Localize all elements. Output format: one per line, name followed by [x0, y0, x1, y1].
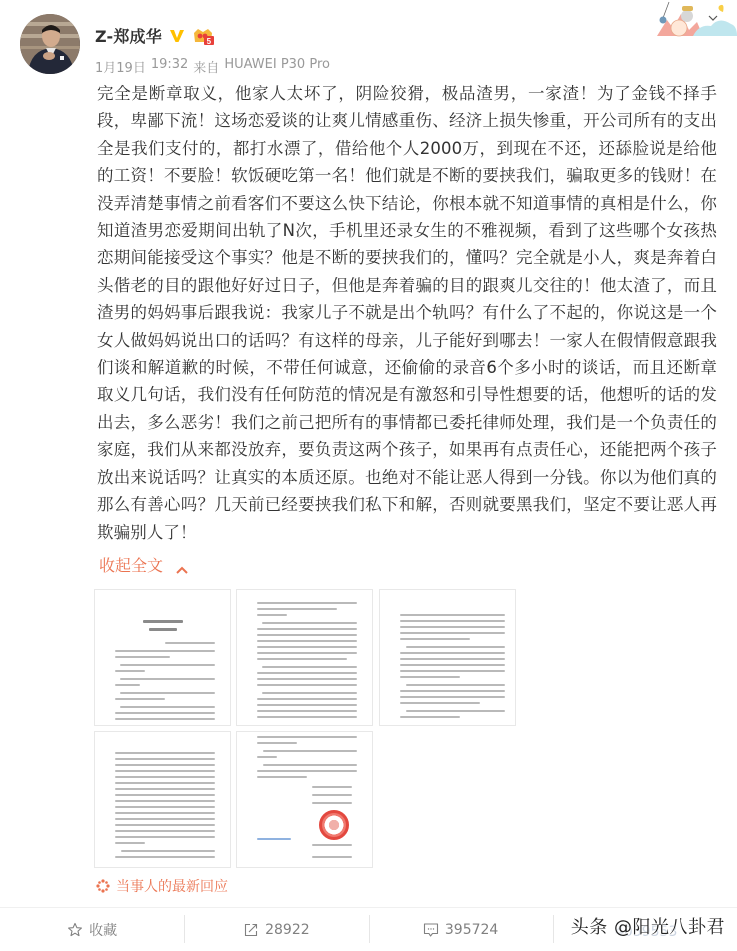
doc-text-line — [400, 638, 470, 640]
doc-text-line — [257, 614, 287, 616]
doc-text-line — [115, 794, 215, 796]
source-device: HUAWEI P30 Pro — [224, 57, 330, 76]
author-name[interactable]: Z-郑成华 — [95, 24, 162, 47]
doc-text-line — [115, 684, 140, 686]
doc-text-line — [257, 672, 357, 674]
latest-response-link[interactable]: 当事人的最新回应 — [96, 876, 228, 896]
doc-text-line — [257, 608, 337, 610]
doc-text-line — [115, 836, 215, 838]
doc-text-line — [406, 646, 505, 648]
sparkle-icon — [96, 879, 110, 893]
doc-text-line — [257, 602, 357, 604]
vip-crown-icon[interactable]: 5 — [192, 26, 214, 46]
image-thumbnail-3[interactable] — [379, 589, 516, 726]
doc-text-line — [257, 756, 277, 758]
favorite-label: 收藏 — [89, 920, 117, 940]
doc-text-line — [115, 842, 145, 844]
doc-text-line — [121, 850, 215, 852]
doc-signature-line — [312, 802, 352, 804]
share-icon — [243, 922, 259, 938]
doc-text-line — [257, 658, 347, 660]
collapse-label: 收起全文 — [99, 553, 163, 576]
post-meta: 1月19日 19:32 来自 HUAWEI P30 Pro — [95, 57, 330, 76]
doc-text-line — [165, 642, 215, 644]
doc-text-line — [400, 664, 505, 666]
doc-text-line — [400, 652, 505, 654]
star-icon — [67, 922, 83, 938]
doc-text-line — [400, 702, 480, 704]
latest-response-label: 当事人的最新回应 — [116, 876, 228, 896]
doc-text-line — [115, 718, 215, 720]
doc-text-line — [120, 664, 215, 666]
doc-text-line — [115, 656, 170, 658]
doc-subtitle-line — [149, 628, 177, 631]
favorite-button[interactable]: 收藏 — [0, 908, 184, 951]
doc-text-line — [257, 698, 357, 700]
doc-text-line — [115, 806, 215, 808]
doc-text-line — [257, 628, 357, 630]
image-thumbnail-4[interactable] — [94, 731, 231, 868]
doc-text-line — [263, 750, 357, 752]
doc-text-line — [115, 830, 215, 832]
doc-text-line — [257, 776, 307, 778]
doc-text-line — [400, 658, 505, 660]
doc-text-line — [257, 710, 357, 712]
watermark: 头条 @阳光八卦君 — [571, 913, 725, 939]
post-date[interactable]: 1月19日 — [95, 57, 146, 76]
doc-text-line — [406, 710, 505, 712]
doc-text-line — [257, 646, 357, 648]
doc-text-line — [115, 856, 215, 858]
doc-text-line — [400, 614, 505, 616]
doc-stamp-line — [257, 838, 291, 840]
doc-text-line — [120, 678, 215, 680]
doc-text-line — [115, 824, 215, 826]
image-thumbnail-2[interactable] — [236, 589, 373, 726]
doc-text-line — [257, 634, 357, 636]
doc-text-line — [400, 632, 505, 634]
avatar[interactable] — [20, 14, 80, 74]
comment-count: 395724 — [445, 922, 498, 938]
doc-text-line — [257, 704, 357, 706]
doc-text-line — [257, 678, 357, 680]
doc-text-line — [400, 716, 460, 718]
avatar-image — [20, 14, 80, 74]
doc-text-line — [406, 684, 505, 686]
repost-button[interactable]: 28922 — [184, 908, 368, 951]
doc-text-line — [115, 758, 215, 760]
doc-text-line — [262, 666, 357, 668]
doc-text-line — [263, 764, 357, 766]
author-header: Z-郑成华 5 — [95, 24, 214, 47]
doc-text-line — [115, 698, 165, 700]
doc-text-line — [120, 692, 215, 694]
doc-text-line — [257, 736, 357, 738]
comment-icon — [423, 922, 439, 938]
doc-signature-line — [312, 856, 352, 858]
doc-text-line — [115, 800, 215, 802]
court-seal — [319, 810, 349, 840]
doc-text-line — [115, 812, 215, 814]
doc-text-line — [257, 684, 357, 686]
verified-v-icon — [168, 27, 186, 45]
image-thumbnail-5[interactable] — [236, 731, 373, 868]
doc-text-line — [257, 742, 297, 744]
doc-text-line — [257, 716, 357, 718]
doc-title-line — [143, 620, 183, 623]
doc-text-line — [120, 706, 215, 708]
doc-text-line — [115, 818, 215, 820]
doc-text-line — [115, 782, 215, 784]
card-decoration — [627, 0, 737, 40]
repost-count: 28922 — [265, 922, 310, 938]
svg-text:5: 5 — [207, 37, 212, 46]
weibo-post-card: Z-郑成华 5 1月19日 19:32 来自 HUAWEI P30 Pro — [0, 0, 737, 951]
doc-text-line — [115, 650, 215, 652]
doc-text-line — [257, 640, 357, 642]
comment-button[interactable]: 395724 — [369, 908, 553, 951]
doc-text-line — [257, 770, 357, 772]
post-body-text: 完全是断章取义，他家人太坏了，阴险狡猾，极品渣男，一家渣！为了金钱不择手段，卑鄙… — [97, 80, 717, 546]
doc-signature-line — [312, 844, 352, 846]
doc-text-line — [400, 670, 505, 672]
doc-text-line — [400, 626, 505, 628]
doc-signature-line — [312, 794, 352, 796]
doc-text-line — [262, 622, 357, 624]
doc-text-line — [115, 770, 215, 772]
doc-text-line — [400, 696, 505, 698]
doc-text-line — [115, 776, 215, 778]
doc-text-line — [115, 712, 215, 714]
doc-text-line — [400, 690, 505, 692]
post-time[interactable]: 19:32 — [151, 57, 188, 76]
doc-text-line — [400, 676, 460, 678]
collapse-full-text-button[interactable]: 收起全文 — [99, 553, 189, 576]
doc-text-line — [115, 670, 145, 672]
chevron-up-icon — [175, 560, 189, 570]
doc-text-line — [115, 752, 215, 754]
doc-text-line — [115, 788, 215, 790]
doc-signature-line — [312, 786, 352, 788]
source-prefix: 来自 — [193, 57, 219, 76]
doc-text-line — [400, 620, 505, 622]
image-thumbnail-1[interactable] — [94, 589, 231, 726]
doc-text-line — [115, 764, 215, 766]
doc-text-line — [257, 652, 357, 654]
doc-text-line — [262, 692, 357, 694]
